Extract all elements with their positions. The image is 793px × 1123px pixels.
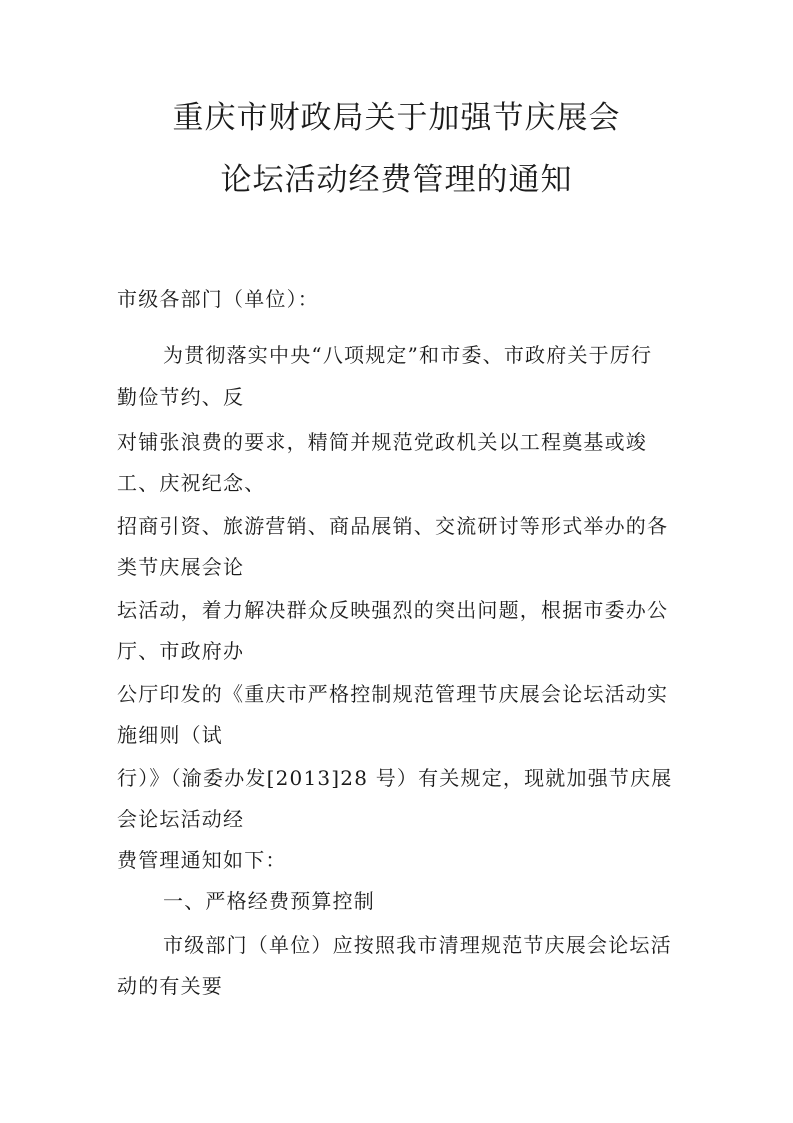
section-heading: 一、严格经费预算控制 [163, 887, 375, 915]
body-line: 费管理通知如下： [117, 846, 287, 874]
section-body-line: 市级部门（单位）应按照我市清理规范节庆展会论坛活 [163, 931, 672, 959]
document-page: 重庆市财政局关于加强节庆展会 论坛活动经费管理的通知 市级各部门（单位）： 为贯… [0, 0, 793, 1123]
body-line: 厅、市政府办 [117, 637, 244, 665]
body-line: 勤俭节约、反 [117, 383, 244, 411]
salutation: 市级各部门（单位）： [117, 285, 319, 313]
body-line: 为贯彻落实中央“八项规定”和市委、市政府关于厉行 [163, 341, 652, 369]
body-line: 行）》（渝委办发[2013]28 号）有关规定，现就加强节庆展 [117, 764, 673, 792]
body-line: 公厅印发的《重庆市严格控制规范管理节庆展会论坛活动实 [117, 680, 668, 708]
body-line: 施细则（试 [117, 721, 223, 749]
body-line: 招商引资、旅游营销、商品展销、交流研讨等形式举办的各 [117, 512, 668, 540]
body-line: 会论坛活动经 [117, 805, 244, 833]
body-line: 类节庆展会论 [117, 553, 244, 581]
body-line: 工、庆祝纪念、 [117, 469, 265, 497]
body-line: 坛活动，着力解决群众反映强烈的突出问题，根据市委办公 [117, 596, 668, 624]
document-title-line-2: 论坛活动经费管理的通知 [0, 160, 793, 200]
document-title-line-1: 重庆市财政局关于加强节庆展会 [0, 98, 793, 138]
body-line: 对铺张浪费的要求，精简并规范党政机关以工程奠基或竣 [117, 428, 647, 456]
section-body-line: 动的有关要 [117, 972, 223, 1000]
